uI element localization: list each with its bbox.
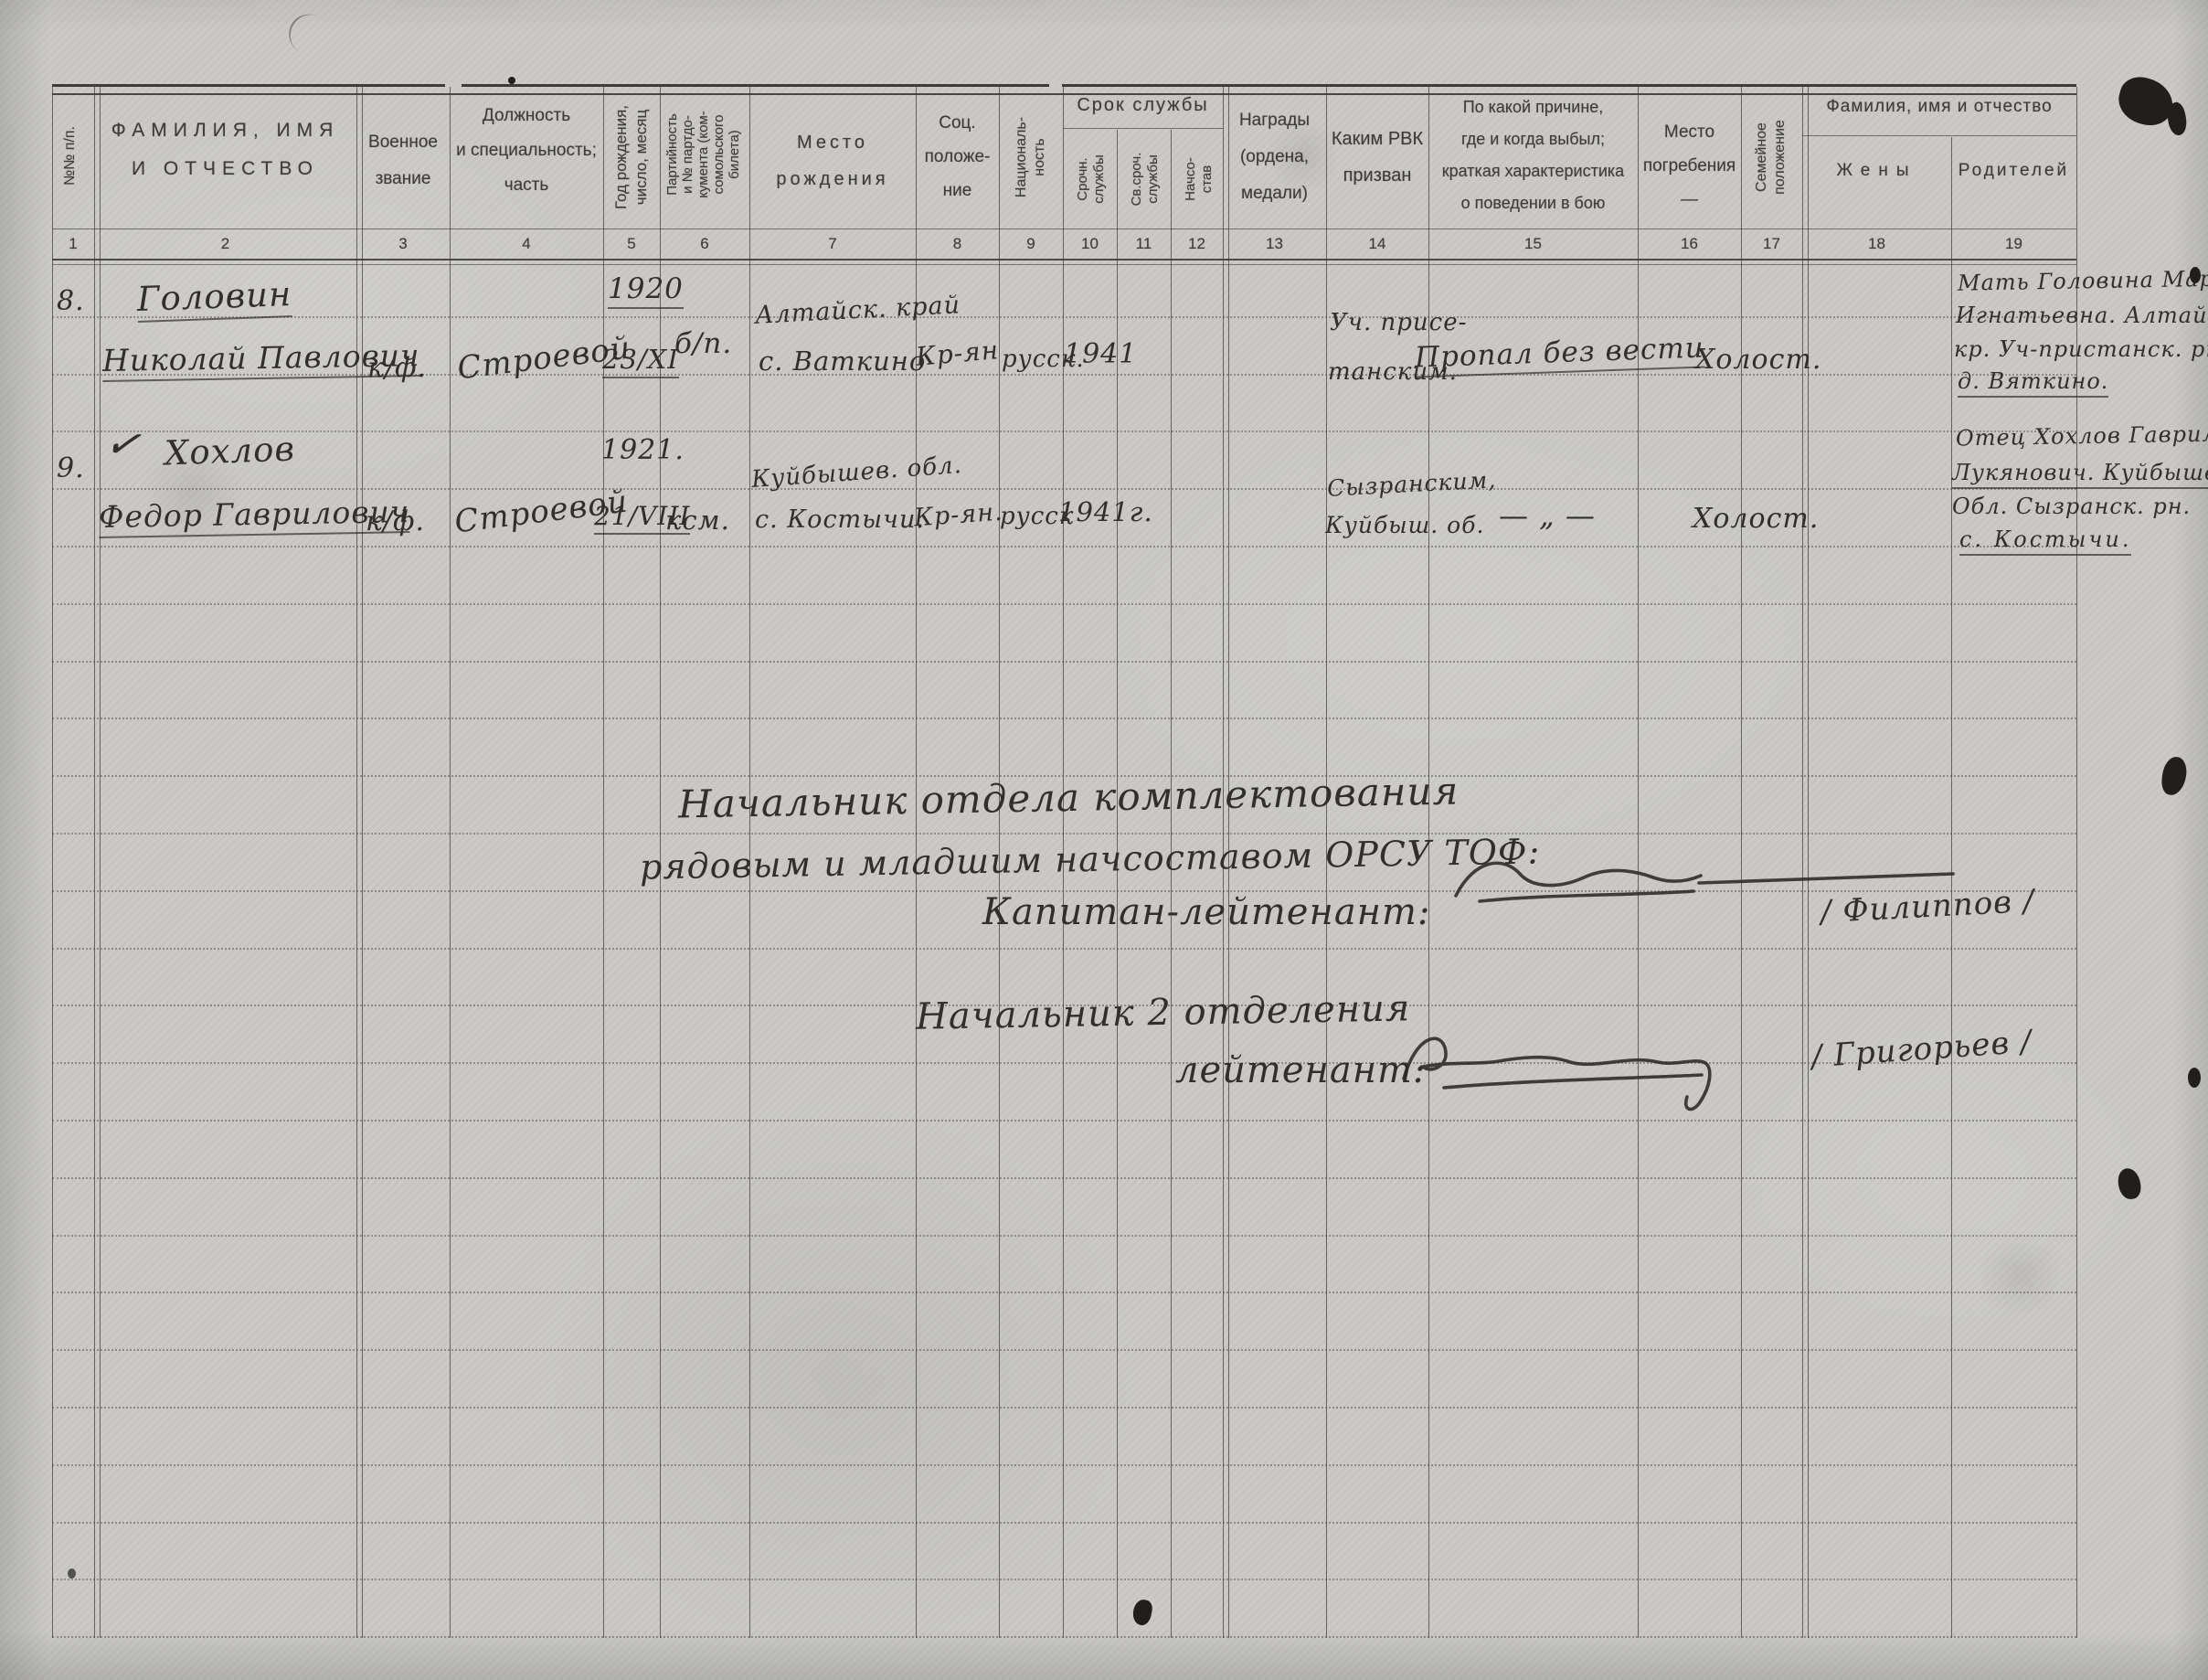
paper-speck (2117, 1166, 2142, 1200)
record-party: б/п. (674, 327, 732, 360)
record-family-status: Холост. (1695, 344, 1821, 376)
record-parents-line1: Мать Головина Мария (1958, 265, 2208, 295)
signoff-title-line2: рядовым и младшим начсоставом ОРСУ ТОФ: (640, 831, 1541, 887)
row-dotted-rule (52, 316, 2076, 318)
col-number-4: 4 (450, 235, 603, 253)
row-dotted-rule (52, 488, 2076, 490)
row-dotted-rule (52, 603, 2076, 605)
record-parents-line4: с. Костычи. (1959, 526, 2131, 556)
col-number-14: 14 (1326, 235, 1428, 253)
col4-line2: и специальность; (450, 133, 603, 168)
col6-line1: Партийность (664, 82, 680, 227)
record-birth-year: 1921. (601, 434, 685, 466)
col-number-1: 1 (52, 235, 94, 253)
col-number-10: 10 (1063, 235, 1117, 253)
col6-line3: кумента (ком- (695, 82, 711, 227)
paper-speck (68, 1568, 76, 1579)
col8-line1: Соц. (916, 106, 999, 140)
row-dotted-rule (52, 1349, 2076, 1351)
col9-line2: ность (1031, 90, 1049, 225)
record-rank: к/ф. (367, 352, 427, 384)
record-service-year: 1941г. (1058, 496, 1153, 527)
column-rule (1171, 130, 1172, 1638)
group-header-srok: Срок службы (1063, 95, 1223, 116)
col8-line3: ние (916, 174, 999, 207)
record-social: Кр-ян. (913, 498, 1003, 533)
col-header-nachsostav: Начсо- став (1183, 133, 1215, 226)
paper-smudge (1261, 119, 1343, 192)
col-header-birthyear: Год рождения, число, месяц (611, 90, 652, 225)
col-header-party: Партийность и № партдо- кумента (ком- со… (664, 82, 742, 227)
record-service-year: 1941 (1064, 338, 1137, 370)
col5-line2: число, месяц (632, 90, 652, 225)
col15-line1: По какой причине, (1428, 91, 1638, 123)
col12-line1: Начсо- (1183, 133, 1199, 226)
col16-line1: Место (1638, 115, 1741, 149)
col-header-sverhsrochn: Св.сроч. службы (1129, 133, 1162, 226)
group-header-fio: Фамилия, имя и отчество (1802, 97, 2076, 117)
col-header-fio-main: ФАМИЛИЯ, ИМЯ И ОТЧЕСТВО (94, 112, 356, 188)
record-birth-date: 23/XI (602, 344, 679, 378)
col-header-rank: Военное звание (356, 124, 450, 197)
col-header-family: Семейное положение (1753, 90, 1789, 225)
row-dotted-rule (52, 431, 2076, 432)
col-header-reason: По какой причине, где и когда выбыл; кра… (1428, 91, 1638, 219)
col-number-9: 9 (999, 235, 1063, 253)
record-birth-year: 1920 (608, 272, 684, 309)
col-header-parents: Родителей (1951, 161, 2076, 181)
document-page: Срок службы Фамилия, имя и отчество ФАМИ… (0, 0, 2208, 1680)
col-number-3: 3 (356, 235, 450, 253)
rule-gap (445, 82, 462, 92)
paper-smudge (1974, 1234, 2065, 1316)
signature-grigoriev (1389, 1013, 1782, 1150)
col-header-srochn: Срочн. службы (1075, 133, 1108, 226)
col17-line2: положение (1771, 90, 1789, 225)
signoff-title-line3: Начальник 2 отделения (916, 987, 1411, 1037)
col3-line1: Военное (356, 124, 450, 161)
col-number-12: 12 (1171, 235, 1223, 253)
col-header-number: №№ п/п. (62, 90, 79, 222)
signoff-name2: / Григорьев / (1810, 1024, 2033, 1076)
col-number-17: 17 (1741, 235, 1802, 253)
column-rule (450, 87, 451, 1638)
col-number-11: 11 (1117, 235, 1171, 253)
col-number-5: 5 (603, 235, 660, 253)
record-rvk-line1: Сызранским, (1326, 466, 1496, 502)
col-number-6: 6 (660, 235, 749, 253)
fio-group-divider (1802, 135, 2076, 136)
record-number: 9. (57, 452, 85, 484)
record-parents-line3: кр. Уч-пристанск. рн. (1954, 336, 2208, 362)
col7-line1: Место (749, 124, 916, 161)
row-dotted-rule (52, 948, 2076, 950)
column-rule (52, 87, 53, 1638)
record-surname: Головин (136, 274, 292, 323)
paper-speck (1131, 1598, 1153, 1627)
col2-line1: ФАМИЛИЯ, ИМЯ (94, 112, 356, 150)
col-header-wife: Жены (1802, 161, 1951, 181)
record-birthplace-line1: Куйбышев. обл. (750, 452, 963, 494)
col10-line1: Срочн. (1075, 133, 1091, 226)
row-dotted-rule (52, 1636, 2076, 1638)
record-parents-line3: Обл. Сызранск. рн. (1952, 494, 2191, 519)
col-header-position: Должность и специальность; часть (450, 99, 603, 203)
col7-line2: рождения (749, 161, 916, 197)
row-dotted-rule (52, 1464, 2076, 1466)
col15-line3: краткая характеристика (1428, 155, 1638, 187)
record-family-status: Холост. (1693, 503, 1819, 535)
record-number: 8. (57, 285, 85, 317)
row-dotted-rule (52, 546, 2076, 548)
record-rvk-line1: Уч. присе- (1330, 309, 1467, 336)
col10-line2: службы (1091, 133, 1108, 226)
paper-speck (2190, 267, 2201, 283)
column-rule (356, 87, 363, 1638)
col15-line4: о поведении в бою (1428, 187, 1638, 219)
col17-line1: Семейное (1753, 90, 1771, 225)
column-rule (603, 87, 604, 1638)
record-parents-line2: Игнатьевна. Алтайск. (1956, 303, 2208, 328)
col16-line2: погребения (1638, 149, 1741, 183)
record-parents-line1: Отец Хохлов Гаврил (1956, 421, 2208, 452)
col3-line2: звание (356, 161, 450, 197)
col11-line2: службы (1145, 133, 1162, 226)
col-header-nationality: Националь- ность (1013, 90, 1049, 225)
record-parents-line2: Лукянович. Куйбышев. (1952, 460, 2208, 489)
row-dotted-rule (52, 833, 2076, 835)
rule-gap (1049, 82, 1062, 92)
col8-line2: положе- (916, 140, 999, 174)
col-number-15: 15 (1428, 235, 1638, 253)
record-social: Кр-ян (915, 335, 1001, 372)
record-rvk-line2: Куйбыш. об. (1325, 512, 1484, 538)
col15-line2: где и когда выбыл; (1428, 123, 1638, 155)
col-number-16: 16 (1638, 235, 1741, 253)
record-rank: к/ф. (366, 505, 425, 537)
col4-line3: часть (450, 168, 603, 203)
row-dotted-rule (52, 1522, 2076, 1524)
paper-scratch (281, 7, 337, 62)
record-parents-line4: д. Вяткино. (1958, 368, 2108, 398)
paper-speck (508, 77, 515, 84)
col-number-19: 19 (1951, 235, 2076, 253)
col16-dash: — (1638, 183, 1741, 217)
col2-line2: И ОТЧЕСТВО (94, 150, 356, 188)
col-number-7: 7 (749, 235, 916, 253)
record-birthplace-line2: с. Ваткино (759, 346, 926, 377)
signoff-rank1: Капитан-лейтенант: (982, 891, 1430, 933)
srok-group-divider (1063, 128, 1223, 129)
row-dotted-rule (52, 1292, 2076, 1293)
row-dotted-rule (52, 1407, 2076, 1409)
col4-line1: Должность (450, 99, 603, 133)
row-dotted-rule (52, 1235, 2076, 1237)
paper-speck (2188, 1068, 2201, 1088)
col-number-2: 2 (94, 235, 356, 253)
col-number-18: 18 (1802, 235, 1951, 253)
record-reason-ditto: — „ — (1499, 498, 1596, 533)
col9-line1: Националь- (1013, 90, 1031, 225)
row-dotted-rule (52, 661, 2076, 663)
col6-line4: сомольского (711, 82, 727, 227)
col-header-birthplace: Место рождения (749, 124, 916, 197)
paper-speck (2160, 756, 2188, 796)
row-dotted-rule (52, 718, 2076, 719)
paper-smudge (137, 444, 247, 545)
col5-line1: Год рождения, (611, 90, 632, 225)
col-header-social: Соц. положе- ние (916, 106, 999, 207)
col11-line1: Св.сроч. (1129, 133, 1145, 226)
record-reason: Пропал без вести (1414, 331, 1704, 377)
col-number-13: 13 (1223, 235, 1326, 253)
col-header-burial: Место погребения — (1638, 115, 1741, 217)
record-birthplace-line2: с. Костычи. (755, 505, 925, 534)
row-dotted-rule (52, 1177, 2076, 1179)
record-birthplace-line1: Алтайск. край (754, 291, 961, 330)
row-dotted-rule (52, 1579, 2076, 1580)
column-rule (94, 87, 101, 1638)
record-party: ксм. (665, 505, 730, 536)
col-number-8: 8 (916, 235, 999, 253)
col6-line2: и № партдо- (680, 82, 695, 227)
check-mark: ✓ (101, 416, 145, 471)
col12-line2: став (1199, 133, 1215, 226)
col6-line5: билета) (727, 82, 742, 227)
